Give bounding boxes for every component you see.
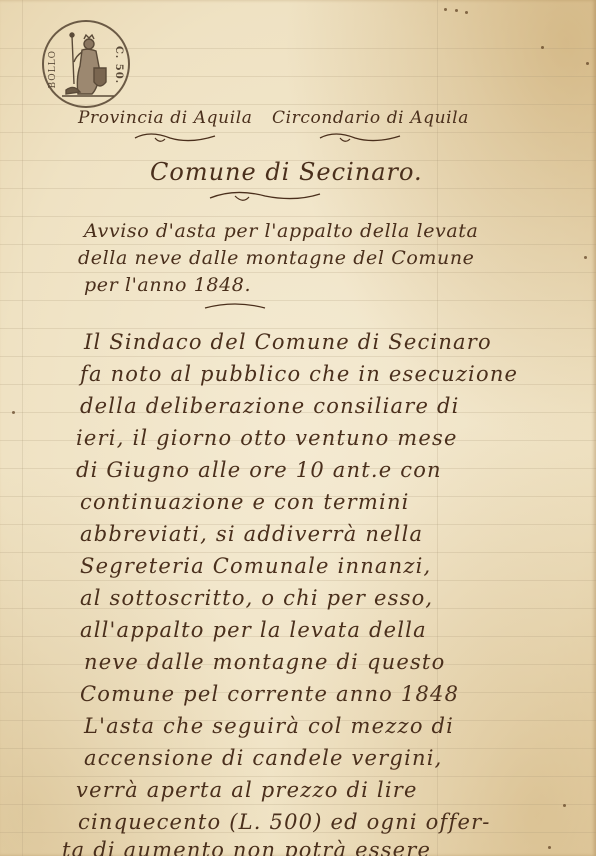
subject-line: Avviso d'asta per l'appalto della levata bbox=[84, 220, 478, 242]
stamp-value-text: C. 50. bbox=[113, 46, 124, 84]
foxing-speck bbox=[548, 846, 551, 849]
ruled-line bbox=[0, 132, 596, 133]
subject-line: per l'anno 1848. bbox=[84, 274, 251, 296]
subject-line: della neve dalle montagne del Comune bbox=[78, 247, 475, 269]
body-line: accensione di candele vergini, bbox=[84, 746, 443, 770]
foxing-speck bbox=[455, 9, 458, 12]
revenue-stamp: BOLLO C. 50. bbox=[42, 20, 130, 108]
flourish-under-province bbox=[130, 130, 220, 146]
body-line: L'asta che seguirà col mezzo di bbox=[84, 714, 454, 738]
ruled-line bbox=[0, 272, 596, 273]
foxing-speck bbox=[541, 46, 544, 49]
ruled-line bbox=[0, 356, 596, 357]
stamp-left-text: BOLLO bbox=[48, 50, 58, 89]
body-line: cinquecento (L. 500) ed ogni offer- bbox=[78, 810, 491, 834]
ruled-line bbox=[0, 804, 596, 805]
flourish-under-subject bbox=[200, 300, 270, 314]
ruled-line bbox=[0, 580, 596, 581]
foxing-speck bbox=[584, 256, 587, 259]
body-line: ieri, il giorno otto ventuno mese bbox=[76, 426, 458, 450]
body-line: all'appalto per la levata della bbox=[80, 618, 427, 642]
body-line: al sottoscritto, o chi per esso, bbox=[80, 586, 433, 610]
body-line: fa noto al pubblico che in esecuzione bbox=[80, 362, 518, 386]
document-title: Comune di Secinaro. bbox=[150, 158, 423, 186]
body-line: continuazione e con termini bbox=[80, 490, 410, 514]
body-line: neve dalle montagne di questo bbox=[84, 650, 445, 674]
body-line: Il Sindaco del Comune di Secinaro bbox=[84, 330, 492, 354]
foxing-speck bbox=[465, 11, 468, 14]
ruled-line bbox=[0, 216, 596, 217]
ruled-line bbox=[0, 328, 596, 329]
body-line: ta di aumento non potrà essere bbox=[62, 838, 431, 856]
flourish-under-title bbox=[205, 188, 325, 204]
foxing-speck bbox=[563, 804, 566, 807]
flourish-under-district bbox=[315, 130, 405, 146]
body-line: abbreviati, si addiverrà nella bbox=[80, 522, 423, 546]
ruled-line bbox=[0, 776, 596, 777]
ruled-line bbox=[0, 244, 596, 245]
foxing-speck bbox=[444, 8, 447, 11]
district-heading: Circondario di Aquila bbox=[272, 108, 469, 128]
body-line: di Giugno alle ore 10 ant.e con bbox=[76, 458, 442, 482]
body-line: Segreteria Comunale innanzi, bbox=[80, 554, 431, 578]
left-margin-line bbox=[22, 0, 23, 856]
province-heading: Provincia di Aquila bbox=[78, 108, 253, 128]
body-line: Comune pel corrente anno 1848 bbox=[80, 682, 459, 706]
document-page: BOLLO C. 50. Provincia di Aquila Circond… bbox=[0, 0, 596, 856]
body-line: della deliberazione consiliare di bbox=[80, 394, 460, 418]
ruled-line bbox=[0, 552, 596, 553]
body-line: verrà aperta al prezzo di lire bbox=[76, 778, 418, 802]
foxing-speck bbox=[12, 411, 15, 414]
foxing-speck bbox=[586, 62, 589, 65]
ruled-line bbox=[0, 300, 596, 301]
